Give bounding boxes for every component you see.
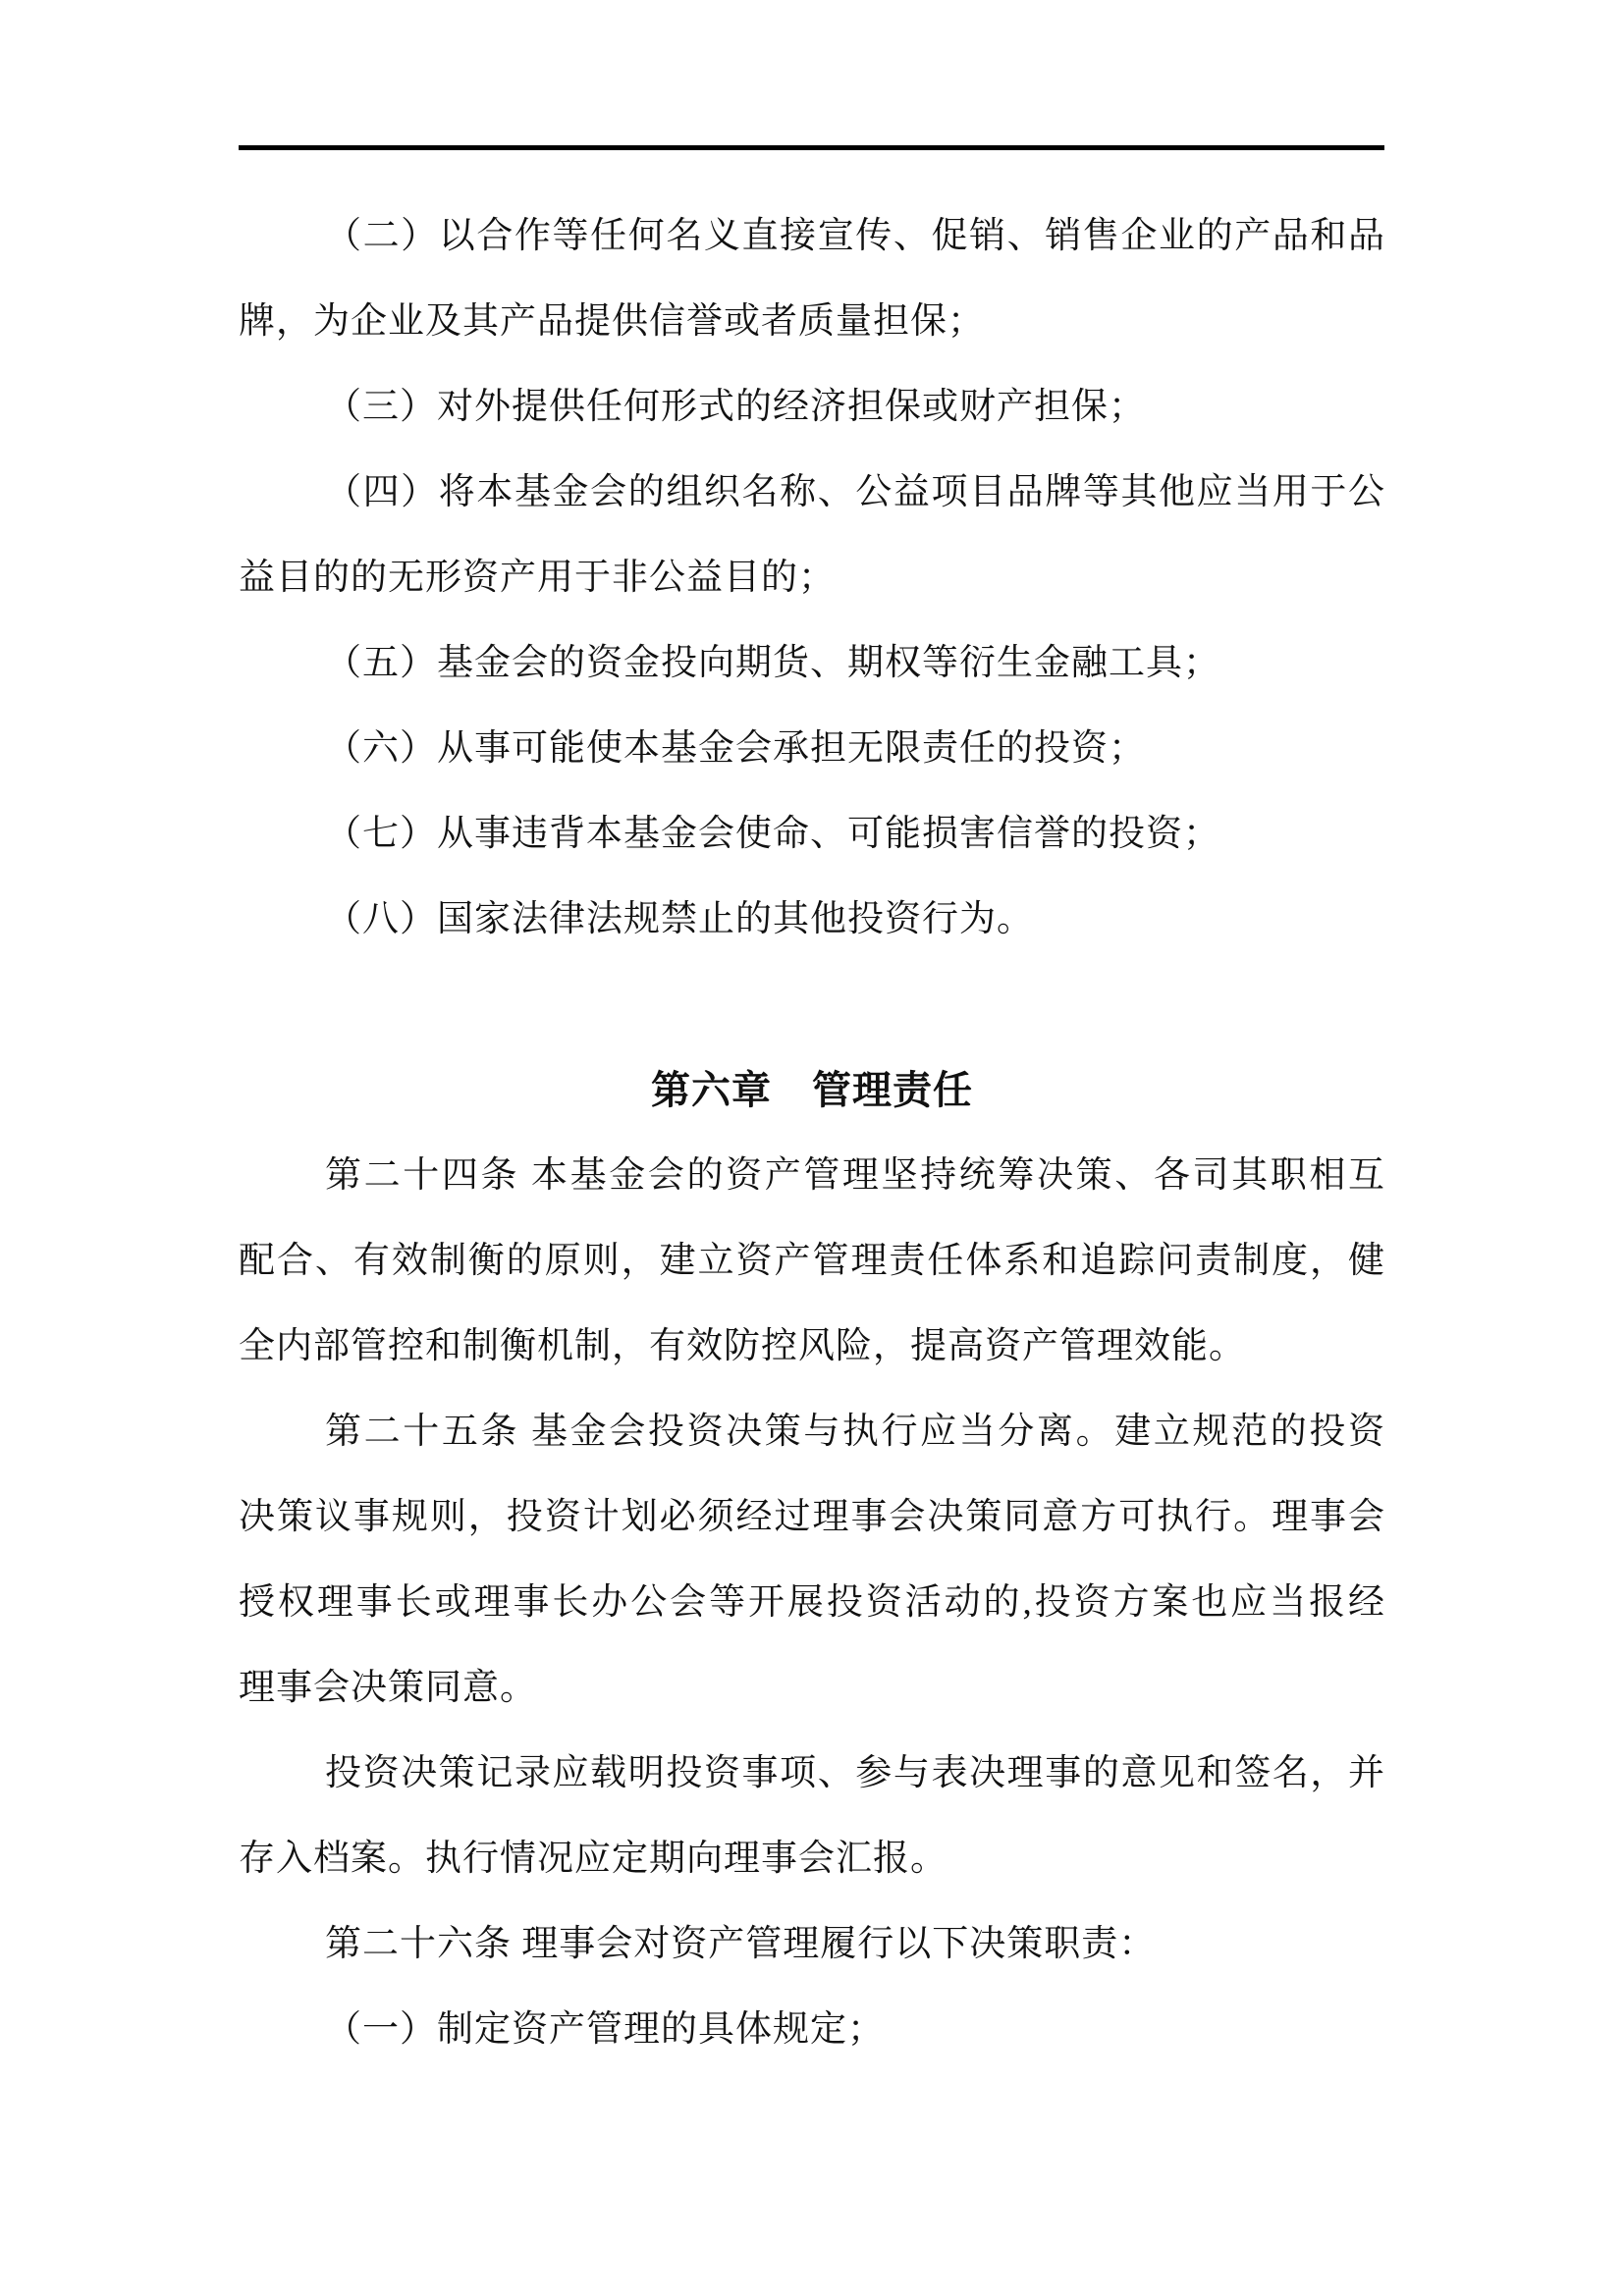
header-rule [239,145,1384,150]
text-line: 第二十五条 基金会投资决策与执行应当分离。建立规范的投资 [239,1389,1385,1474]
document-page: （二）以合作等任何名义直接宣传、促销、销售企业的产品和品牌，为企业及其产品提供信… [0,0,1624,2296]
text-line: 决策议事规则，投资计划必须经过理事会决策同意方可执行。理事会 [239,1474,1385,1560]
text-line: 投资决策记录应载明投资事项、参与表决理事的意见和签名，并 [239,1731,1385,1816]
document-text-block: （二）以合作等任何名义直接宣传、促销、销售企业的产品和品牌，为企业及其产品提供信… [239,193,1385,2072]
text-line: （二）以合作等任何名义直接宣传、促销、销售企业的产品和品 [239,193,1385,279]
text-line: 牌，为企业及其产品提供信誉或者质量担保； [239,279,1385,364]
text-line: 配合、有效制衡的原则，建立资产管理责任体系和追踪问责制度，健 [239,1218,1385,1304]
text-line: （一）制定资产管理的具体规定； [239,1987,1385,2072]
text-line: （七）从事违背本基金会使命、可能损害信誉的投资； [239,791,1385,877]
blank-line [239,962,1385,1047]
text-line: 第二十六条 理事会对资产管理履行以下决策职责： [239,1901,1385,1987]
text-line: （八）国家法律法规禁止的其他投资行为。 [239,877,1385,962]
text-line: 第二十四条 本基金会的资产管理坚持统筹决策、各司其职相互 [239,1133,1385,1218]
text-line: 授权理事长或理事长办公会等开展投资活动的,投资方案也应当报经 [239,1560,1385,1645]
text-line: 理事会决策同意。 [239,1645,1385,1731]
text-line: 全内部管控和制衡机制，有效防控风险，提高资产管理效能。 [239,1304,1385,1389]
text-line: （三）对外提供任何形式的经济担保或财产担保； [239,364,1385,450]
chapter-heading: 第六章 管理责任 [239,1047,1385,1133]
text-line: 益目的的无形资产用于非公益目的； [239,535,1385,620]
text-line: 存入档案。执行情况应定期向理事会汇报。 [239,1816,1385,1901]
text-line: （五）基金会的资金投向期货、期权等衍生金融工具； [239,620,1385,706]
text-line: （四）将本基金会的组织名称、公益项目品牌等其他应当用于公 [239,450,1385,535]
text-line: （六）从事可能使本基金会承担无限责任的投资； [239,706,1385,791]
